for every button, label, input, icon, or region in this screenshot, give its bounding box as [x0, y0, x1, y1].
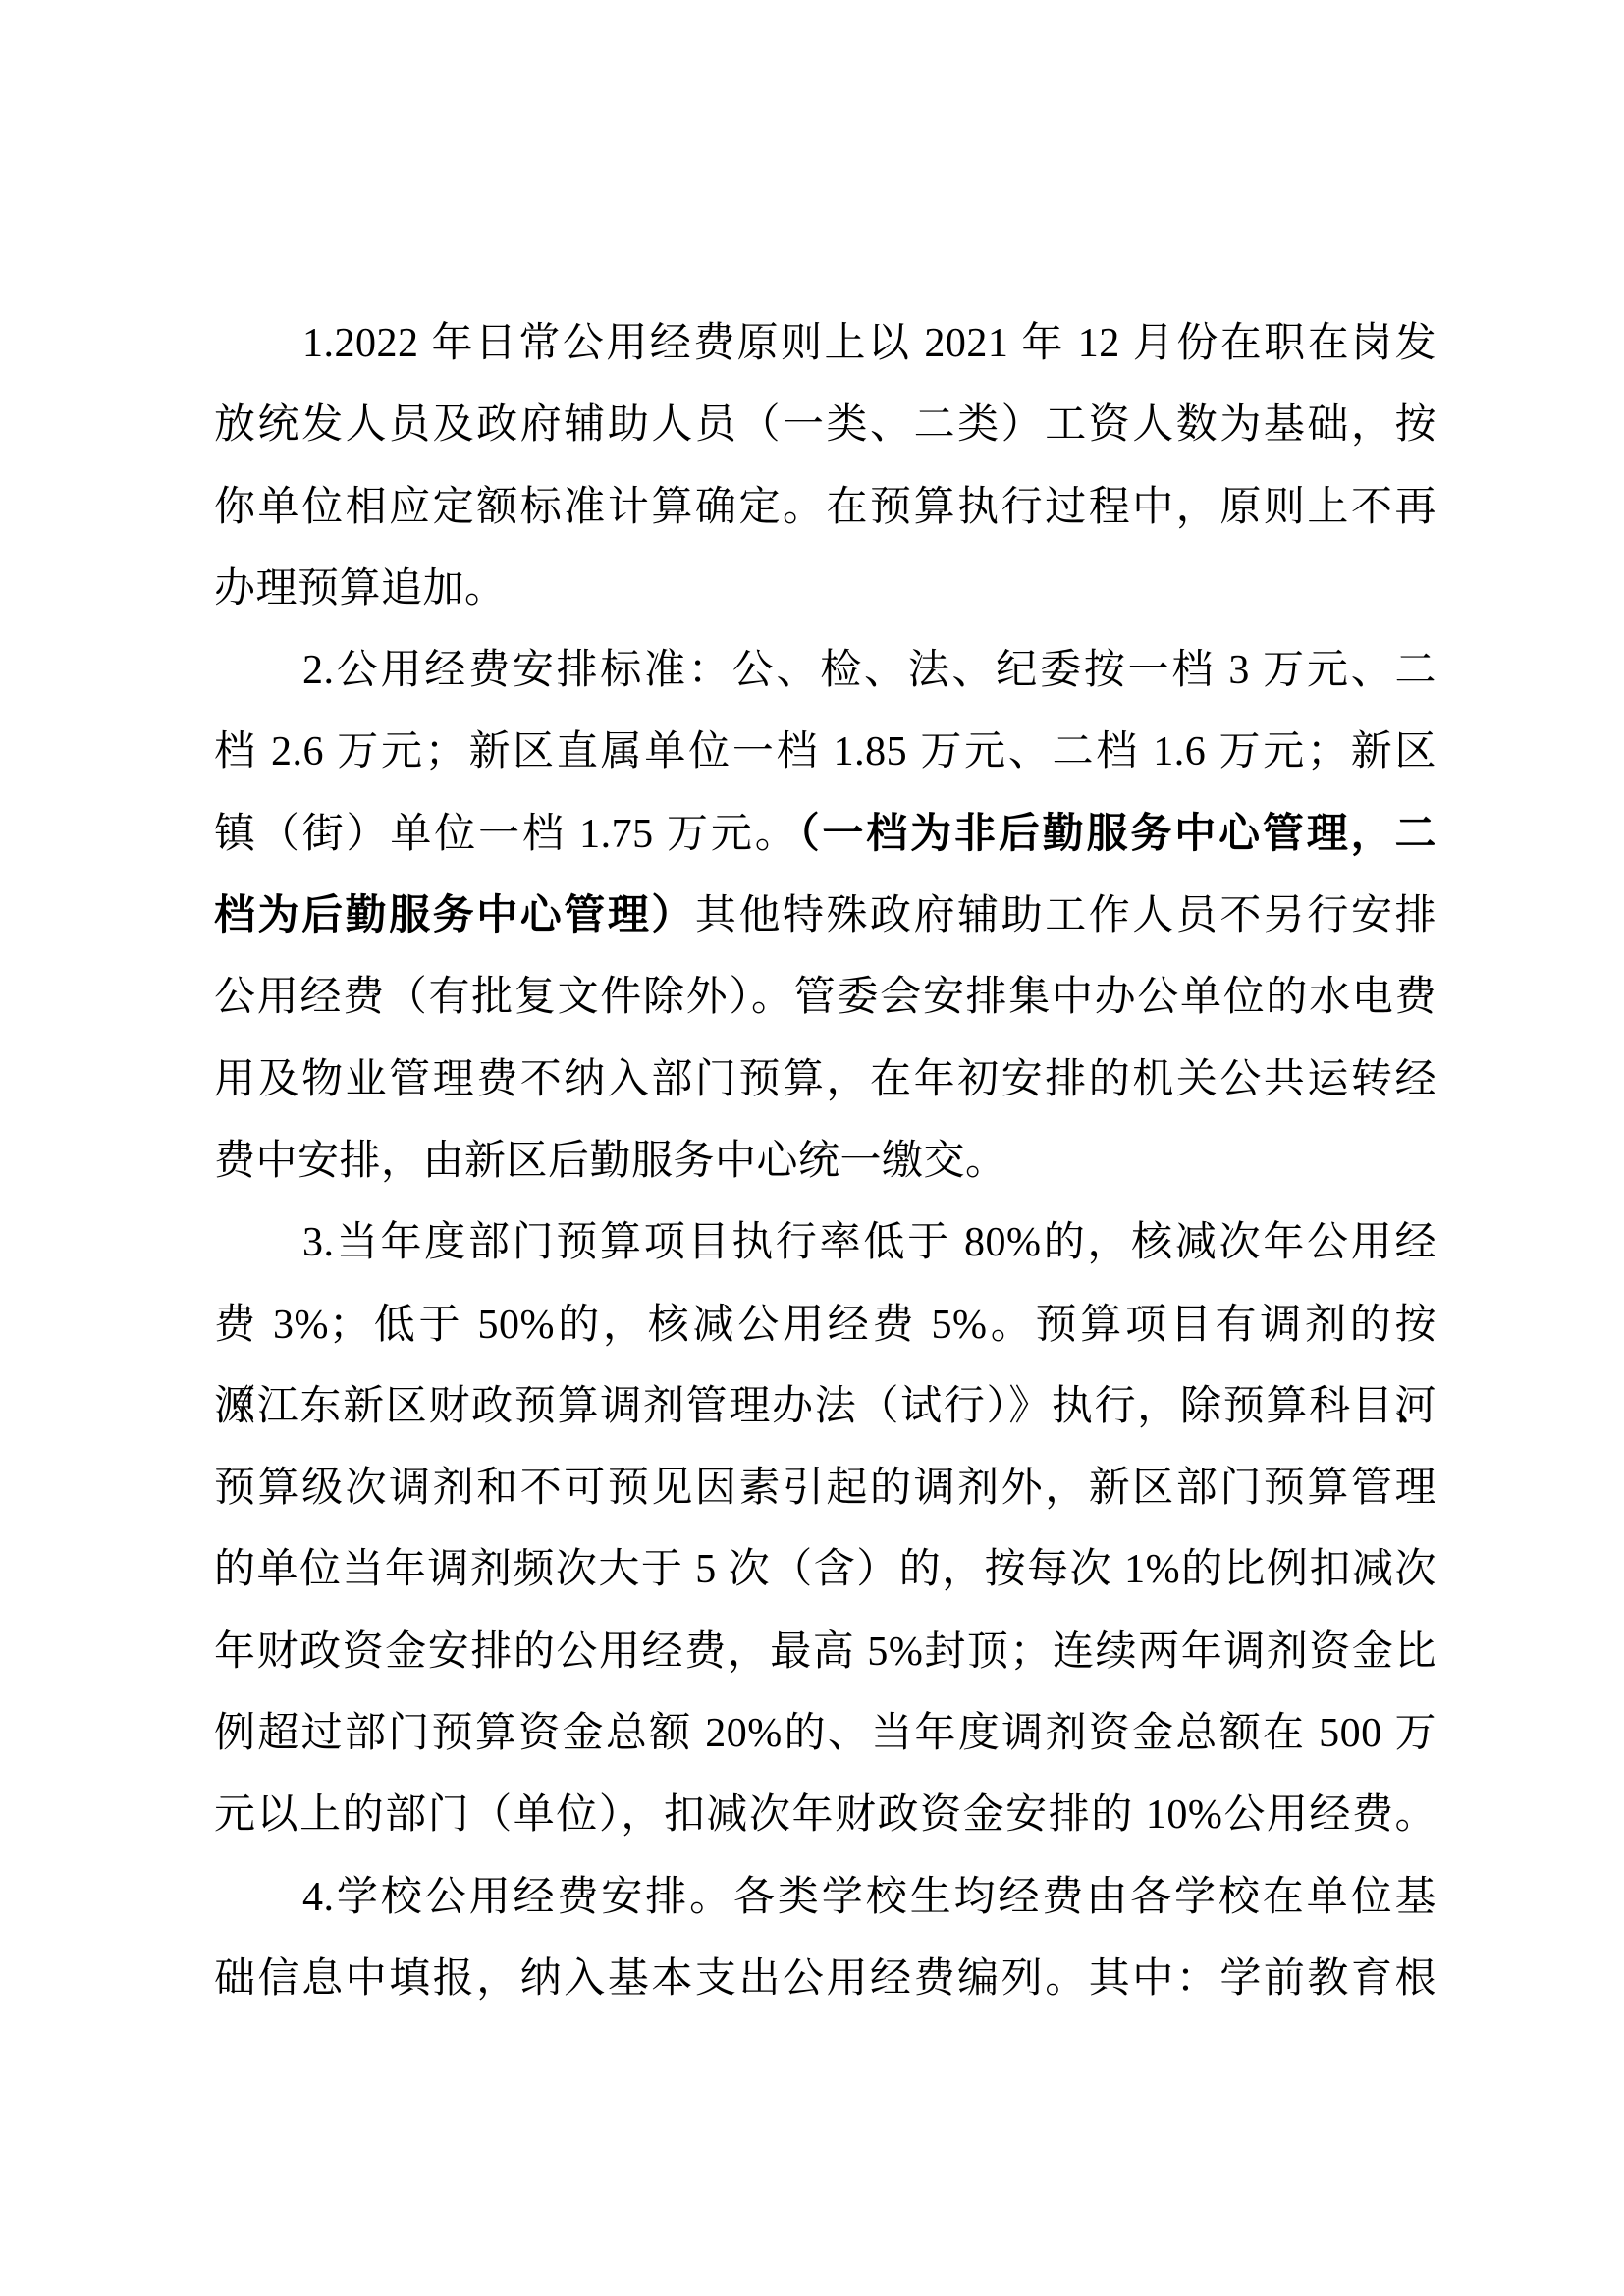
text-segment: 放统发人员及政府辅助人员（一类、二类）工资人数为基础，按 [214, 402, 1436, 448]
text-segment: 费中安排，由新区后勤服务中心统一缴交。 [214, 1139, 1007, 1184]
text-line: 3.当年度部门预算项目执行率低于 80%的，核减次年公用经 [214, 1202, 1436, 1284]
text-line: 公用经费（有批复文件除外）。管委会安排集中办公单位的水电费 [214, 957, 1436, 1039]
text-segment: 年财政资金安排的公用经费，最高 5%封顶；连续两年调剂资金比 [214, 1629, 1436, 1675]
text-line: 放统发人员及政府辅助人员（一类、二类）工资人数为基础，按 [214, 385, 1436, 466]
text-line: 档 2.6 万元；新区直属单位一档 1.85 万元、二档 1.6 万元；新区 [214, 712, 1436, 793]
text-segment: 元以上的部门（单位），扣减次年财政资金安排的 10%公用经费。 [214, 1792, 1436, 1838]
text-line: 办理预算追加。 [214, 549, 1436, 630]
text-line: 费中安排，由新区后勤服务中心统一缴交。 [214, 1121, 1436, 1202]
text-line: 年财政资金安排的公用经费，最高 5%封顶；连续两年调剂资金比 [214, 1612, 1436, 1693]
text-segment: 4.学校公用经费安排。各类学校生均经费由各学校在单位基 [302, 1875, 1436, 1920]
text-line: 用及物业管理费不纳入部门预算，在年初安排的机关公共运转经 [214, 1040, 1436, 1121]
text-line: 元以上的部门（单位），扣减次年财政资金安排的 10%公用经费。 [214, 1775, 1436, 1856]
text-line: 础信息中填报，纳入基本支出公用经费编列。其中：学前教育根 [214, 1939, 1436, 2020]
text-segment: 其他特殊政府辅助工作人员不另行安排 [695, 893, 1436, 938]
text-segment: 用及物业管理费不纳入部门预算，在年初安排的机关公共运转经 [214, 1057, 1436, 1102]
text-segment: 镇（街）单位一档 1.75 万元。 [214, 812, 799, 857]
bold-text-segment: （一档为非后勤服务中心管理，二 [799, 812, 1436, 857]
text-line: 4.学校公用经费安排。各类学校生均经费由各学校在单位基 [214, 1857, 1436, 1939]
text-segment: 预算级次调剂和不可预见因素引起的调剂外，新区部门预算管理 [214, 1466, 1436, 1511]
text-segment: 你单位相应定额标准计算确定。在预算执行过程中，原则上不再 [214, 485, 1436, 530]
text-line: 预算级次调剂和不可预见因素引起的调剂外，新区部门预算管理 [214, 1448, 1436, 1529]
text-line: 1.2022 年日常公用经费原则上以 2021 年 12 月份在职在岗发 [214, 303, 1436, 385]
text-segment: 源江东新区财政预算调剂管理办法（试行）》执行，除预算科目、 [214, 1384, 1436, 1429]
document-content: 1.2022 年日常公用经费原则上以 2021 年 12 月份在职在岗发放统发人… [214, 303, 1436, 2020]
text-segment: 础信息中填报，纳入基本支出公用经费编列。其中：学前教育根 [214, 1956, 1436, 2002]
text-line: 你单位相应定额标准计算确定。在预算执行过程中，原则上不再 [214, 467, 1436, 549]
text-line: 源江东新区财政预算调剂管理办法（试行）》执行，除预算科目、 [214, 1366, 1436, 1448]
text-segment: 办理预算追加。 [214, 566, 507, 612]
text-segment: 的单位当年调剂频次大于 5 次（含）的，按每次 1%的比例扣减次 [214, 1547, 1436, 1592]
text-segment: 公用经费（有批复文件除外）。管委会安排集中办公单位的水电费 [214, 975, 1436, 1020]
bold-text-segment: 档为后勤服务中心管理） [214, 893, 695, 938]
text-line: 镇（街）单位一档 1.75 万元。（一档为非后勤服务中心管理，二 [214, 794, 1436, 876]
text-segment: 例超过部门预算资金总额 20%的、当年度调剂资金总额在 500 万 [214, 1711, 1436, 1756]
text-segment: 3.当年度部门预算项目执行率低于 80%的，核减次年公用经 [302, 1220, 1436, 1265]
text-segment: 档 2.6 万元；新区直属单位一档 1.85 万元、二档 1.6 万元；新区 [214, 729, 1436, 774]
text-line: 的单位当年调剂频次大于 5 次（含）的，按每次 1%的比例扣减次 [214, 1529, 1436, 1611]
text-line: 2.公用经费安排标准：公、检、法、纪委按一档 3 万元、二 [214, 630, 1436, 712]
text-segment: 1.2022 年日常公用经费原则上以 2021 年 12 月份在职在岗发 [302, 321, 1436, 366]
document-page: 1.2022 年日常公用经费原则上以 2021 年 12 月份在职在岗发放统发人… [0, 0, 1624, 2296]
text-line: 费 3%；低于 50%的，核减公用经费 5%。预算项目有调剂的按《河 [214, 1285, 1436, 1366]
text-segment: 2.公用经费安排标准：公、检、法、纪委按一档 3 万元、二 [302, 648, 1436, 693]
text-line: 档为后勤服务中心管理）其他特殊政府辅助工作人员不另行安排 [214, 876, 1436, 957]
text-line: 例超过部门预算资金总额 20%的、当年度调剂资金总额在 500 万 [214, 1693, 1436, 1775]
